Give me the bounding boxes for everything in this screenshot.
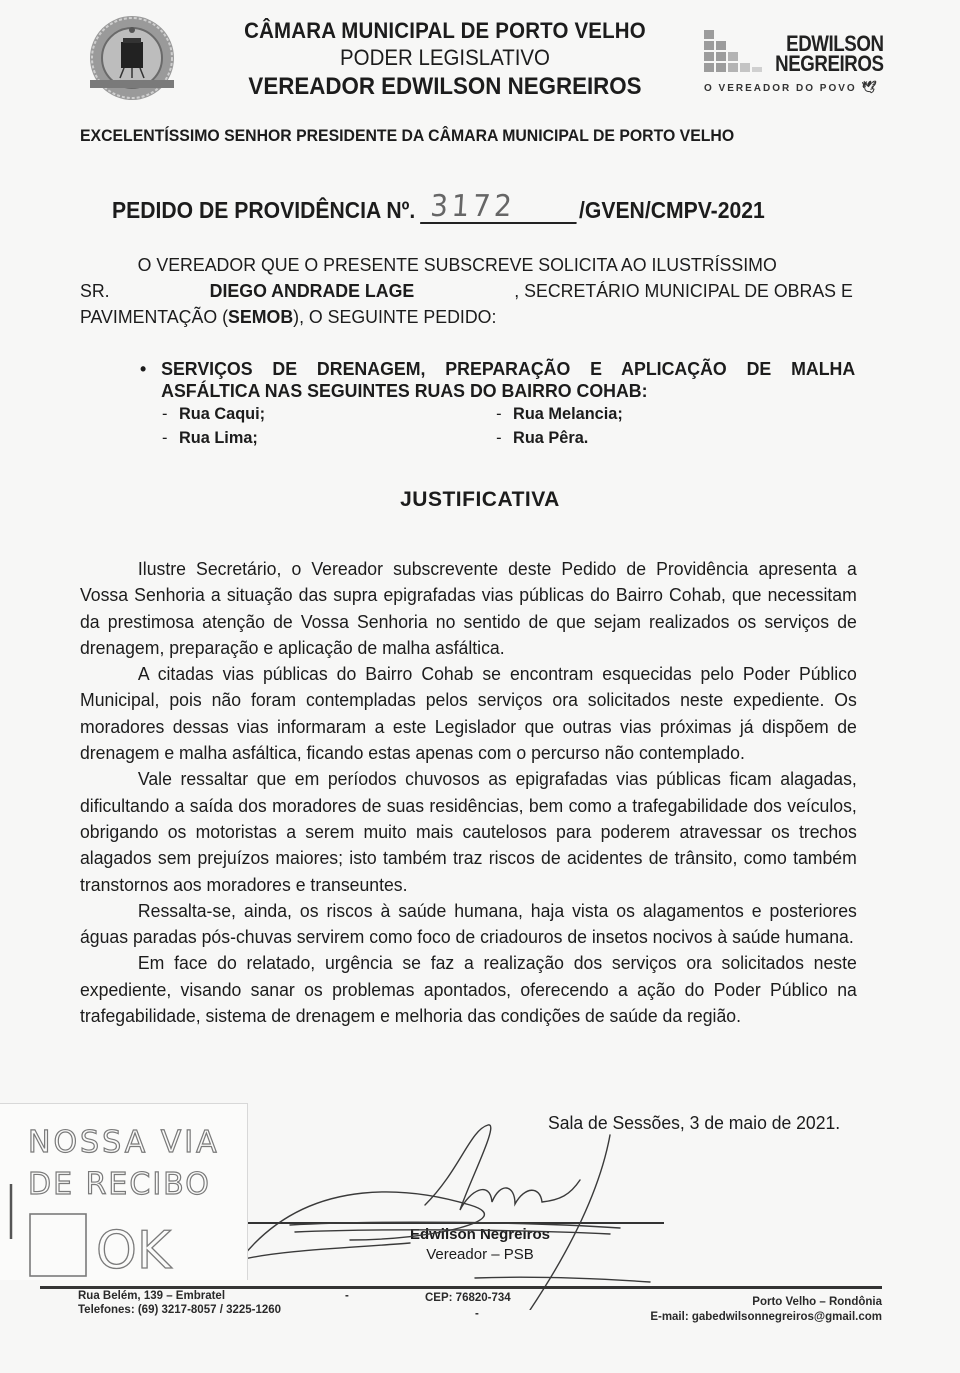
brand-name: EDWILSON NEGREIROS	[776, 34, 884, 74]
request-number-line: PEDIDO DE PROVIDÊNCIA Nº. 3172 /GVEN/CMP…	[112, 192, 765, 224]
agency-acronym: SEMOB	[228, 306, 293, 327]
bar-steps-logo-icon	[702, 28, 782, 78]
footer-email: E-mail: gabedwilsonnegreiros@gmail.com	[650, 1311, 882, 1323]
justification-paragraph: Vale ressaltar que em períodos chuvosos …	[80, 766, 857, 897]
recipient-role: , SECRETÁRIO MUNICIPAL DE OBRAS E	[514, 278, 852, 304]
councilor-name-header: VEREADOR EDWILSON NEGREIROS	[217, 73, 673, 101]
footer-cep: CEP: 76820-734	[425, 1292, 511, 1304]
footer-phones: Telefones: (69) 3217-8057 / 3225-1260	[78, 1304, 281, 1316]
signatory-role: Vereador – PSB	[360, 1246, 600, 1263]
footer-separator: -	[475, 1308, 479, 1320]
legislative-power: PODER LEGISLATIVO	[217, 45, 673, 71]
municipal-chamber-seal-icon	[84, 12, 180, 108]
brand-tagline: O VEREADOR DO POVO 🕊	[704, 80, 877, 94]
footer-address: Rua Belém, 139 – Embratel	[78, 1290, 225, 1302]
signature-line	[240, 1222, 664, 1224]
addressee: EXCELENTÍSSIMO SENHOR PRESIDENTE DA CÂMA…	[80, 126, 824, 146]
intro-paragraph: O VEREADOR QUE O PRESENTE SUBSCREVE SOLI…	[80, 252, 853, 330]
handwritten-signature-icon	[230, 1110, 680, 1310]
signatory-name: Edwilson Negreiros	[360, 1226, 600, 1243]
hand-drawn-checkbox-icon	[30, 1214, 86, 1276]
sticky-note-line1: NOSSA VIA	[28, 1125, 220, 1160]
footer-rule	[40, 1286, 882, 1289]
justification-paragraph: Em face do relatado, urgência se faz a r…	[80, 950, 857, 1029]
justification-title: JUSTIFICATIVA	[300, 488, 660, 512]
justification-body: Ilustre Secretário, o Vereador subscreve…	[80, 556, 857, 1029]
list-item: -Rua Melancia;	[496, 402, 688, 426]
justification-paragraph: Ressalta-se, ainda, os riscos à saúde hu…	[80, 898, 857, 951]
service-request-bullet: • SERVIÇOS DE DRENAGEM, PREPARAÇÃO E APL…	[140, 358, 855, 402]
councilor-brand-logo: EDWILSON NEGREIROS O VEREADOR DO POVO 🕊	[702, 28, 892, 100]
footer-separator: -	[345, 1290, 349, 1302]
justification-paragraph: Ilustre Secretário, o Vereador subscreve…	[80, 556, 857, 661]
request-suffix: /GVEN/CMPV-2021	[579, 197, 765, 224]
sticky-note: NOSSA VIA DE RECIBO OK	[0, 1103, 248, 1280]
justification-paragraph: A citadas vias públicas do Bairro Cohab …	[80, 661, 857, 766]
street-list: -Rua Caqui; -Rua Melancia; -Rua Lima; -R…	[162, 402, 700, 450]
request-number-handwritten: 3172	[420, 192, 578, 224]
chamber-name: CÂMARA MUNICIPAL DE PORTO VELHO	[217, 18, 673, 44]
checkbox-label: OK	[96, 1221, 173, 1280]
dove-icon: 🕊	[861, 80, 876, 94]
list-item: -Rua Caqui;	[162, 402, 496, 426]
sticky-note-line2: DE RECIBO	[28, 1167, 211, 1202]
list-item: -Rua Pêra.	[496, 426, 688, 450]
request-prefix: PEDIDO DE PROVIDÊNCIA Nº.	[112, 197, 415, 224]
bullet-icon: •	[140, 358, 146, 380]
recipient-name: DIEGO ANDRADE LAGE	[210, 278, 415, 304]
footer-city: Porto Velho – Rondônia	[752, 1296, 882, 1308]
list-item: -Rua Lima;	[162, 426, 496, 450]
place-and-date: Sala de Sessões, 3 de maio de 2021.	[548, 1112, 840, 1134]
